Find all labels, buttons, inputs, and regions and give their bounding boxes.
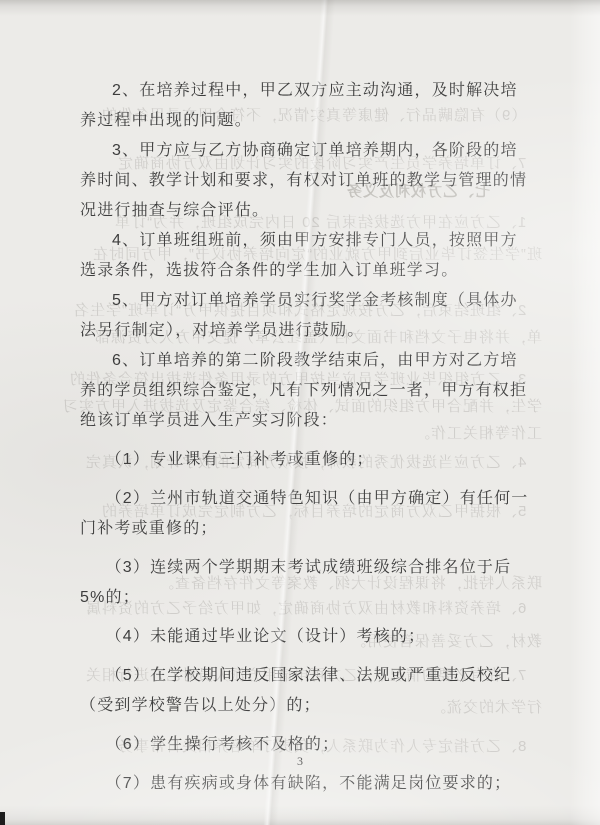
- clause-3: 3、甲方应与乙方协商确定订单培养期内，各阶段的培养时间、教学计划和要求，有权对订…: [80, 136, 530, 226]
- clause-6-item-5: （5）在学校期间违反国家法律、法规或严重违反校纪（受到学校警告以上处分）的；: [80, 661, 530, 721]
- clause-6-item-3: （3）连续两个学期期末考试成绩班级综合排名位于后 5%的；: [80, 553, 530, 613]
- scanned-document-page: （9）有隐瞒品行、健康等真实情况，不符合甲方录用条件的 7、订单培养学员生产实习…: [0, 0, 600, 825]
- scan-corner-artifact: [0, 812, 5, 825]
- clause-6: 6、订单培养的第二阶段教学结束后，由甲方对乙方培养的学员组织综合鉴定，凡有下列情…: [80, 346, 530, 436]
- clause-4: 4、订单班组班前，须由甲方安排专门人员，按照甲方选录条件，选拔符合条件的学生加入…: [80, 226, 530, 286]
- clause-2: 2、在培养过程中，甲乙双方应主动沟通，及时解决培养过程中出现的问题。: [80, 76, 530, 136]
- page-number: 3: [0, 754, 600, 769]
- document-body: 2、在培养过程中，甲乙双方应主动沟通，及时解决培养过程中出现的问题。 3、甲方应…: [80, 76, 530, 799]
- clause-6-item-1: （1）专业课有三门补考或重修的；: [80, 445, 530, 475]
- clause-6-item-2: （2）兰州市轨道交通特色知识（由甲方确定）有任何一门补考或重修的；: [80, 484, 530, 544]
- clause-6-item-7: （7）患有疾病或身体有缺陷，不能满足岗位要求的；: [80, 769, 530, 799]
- clause-5: 5、甲方对订单培养学员实行奖学金考核制度（具体办法另行制定），对培养学员进行鼓励…: [80, 286, 530, 346]
- clause-6-item-4: （4）未能通过毕业论文（设计）考核的；: [80, 622, 530, 652]
